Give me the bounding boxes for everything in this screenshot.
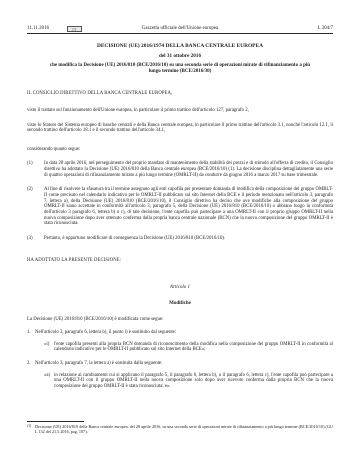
amendment-intro: La Decisione (UE) 2016/810 (BCE/2016/10)… bbox=[27, 317, 333, 322]
recital-3: (3) Pertanto, è opportuno modificare di … bbox=[27, 236, 333, 242]
citation-treaty: visto il trattato sul funzionamento dell… bbox=[27, 108, 333, 114]
amendment-2-quote: «a) in relazione ai cambiamenti cui si a… bbox=[44, 373, 333, 390]
recital-2-number: (2) bbox=[27, 187, 44, 227]
recitals-intro: considerando quanto segue: bbox=[27, 147, 333, 152]
amendment-1-quote-text: l'ente capofila presenti alla propria BC… bbox=[54, 342, 333, 353]
amendment-1-quote: «i) l'ente capofila presenti alla propri… bbox=[44, 342, 333, 353]
amendment-1-lead: Nell'articolo 3, paragrafo 6, lettera b)… bbox=[35, 330, 333, 336]
recital-2-text: Al fine di risolvere la sfasatura tra il… bbox=[44, 187, 333, 227]
amendment-1-quote-marker: «i) bbox=[44, 342, 54, 353]
recital-3-number: (3) bbox=[27, 236, 44, 242]
decision-subtitle: che modifica la Decisione (UE) 2016/810 … bbox=[27, 63, 333, 75]
article-1-heading: Articolo 1 bbox=[27, 285, 333, 290]
preamble-institution: IL CONSIGLIO DIRETTIVO DELLA BANCA CENTR… bbox=[27, 91, 333, 96]
amendment-2-lead: Nell'articolo 3, paragrafo 7, la lettera… bbox=[35, 361, 333, 367]
recital-2: (2) Al fine di risolvere la sfasatura tr… bbox=[27, 187, 333, 227]
footnote-1-text: Decisione (UE) 2016/810 della Banca cent… bbox=[35, 424, 333, 434]
journal-page: 11.11.2016 IT Gazzetta ufficiale dell'Un… bbox=[0, 0, 360, 466]
recital-1-number: (1) bbox=[27, 161, 44, 178]
amendment-2: 2. Nell'articolo 3, paragrafo 7, la lett… bbox=[27, 361, 333, 367]
recital-1-text: In data 28 aprile 2016, nel perseguiment… bbox=[44, 161, 333, 178]
footnote-area: (1) Decisione (UE) 2016/810 della Banca … bbox=[27, 421, 333, 434]
recital-3-text: Pertanto, è opportuno modificare di cons… bbox=[44, 236, 333, 242]
decision-date: del 31 ottobre 2016 bbox=[27, 53, 333, 59]
page-header: 11.11.2016 IT Gazzetta ufficiale dell'Un… bbox=[27, 22, 333, 34]
amendment-2-quote-text: in relazione ai cambiamenti cui si appli… bbox=[54, 373, 333, 390]
decision-title-block: DECISIONE (UE) 2016/1974 DELLA BANCA CEN… bbox=[27, 43, 333, 75]
article-1-subheading: Modifiche bbox=[27, 301, 333, 306]
amendment-2-number: 2. bbox=[27, 361, 35, 367]
footnote-1: (1) Decisione (UE) 2016/810 della Banca … bbox=[27, 424, 333, 434]
enacting-formula: HA ADOTTATO LA PRESENTE DECISIONE: bbox=[27, 258, 333, 263]
amendment-1: 1. Nell'articolo 3, paragrafo 6, lettera… bbox=[27, 330, 333, 336]
citation-statute: visto lo Statuto del Sistema europeo di … bbox=[27, 123, 333, 134]
page-number: L 304/7 bbox=[317, 26, 333, 31]
footnote-divider bbox=[27, 421, 84, 422]
amendment-2-quote-marker: «a) bbox=[44, 373, 54, 390]
journal-title: Gazzetta ufficiale dell'Unione europea bbox=[27, 26, 333, 31]
footnote-1-marker: (1) bbox=[27, 424, 35, 434]
decision-title: DECISIONE (UE) 2016/1974 DELLA BANCA CEN… bbox=[27, 43, 333, 49]
recital-1: (1) In data 28 aprile 2016, nel persegui… bbox=[27, 161, 333, 178]
amendment-1-number: 1. bbox=[27, 330, 35, 336]
